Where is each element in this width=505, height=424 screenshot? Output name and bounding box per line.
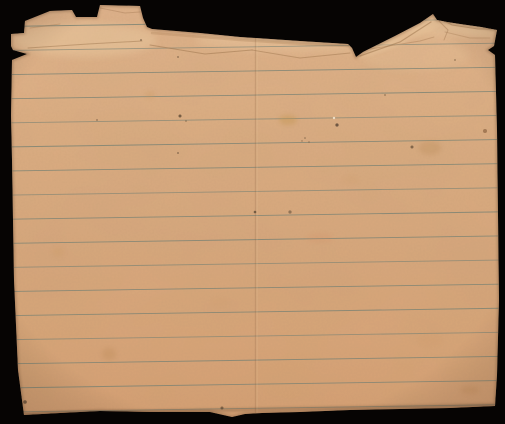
paper-detail-layer [0, 0, 505, 424]
vignette-overlay [0, 0, 505, 424]
photo-canvas [0, 0, 505, 424]
paper-sheet [0, 0, 505, 424]
scanned-paper-photo [0, 0, 505, 424]
